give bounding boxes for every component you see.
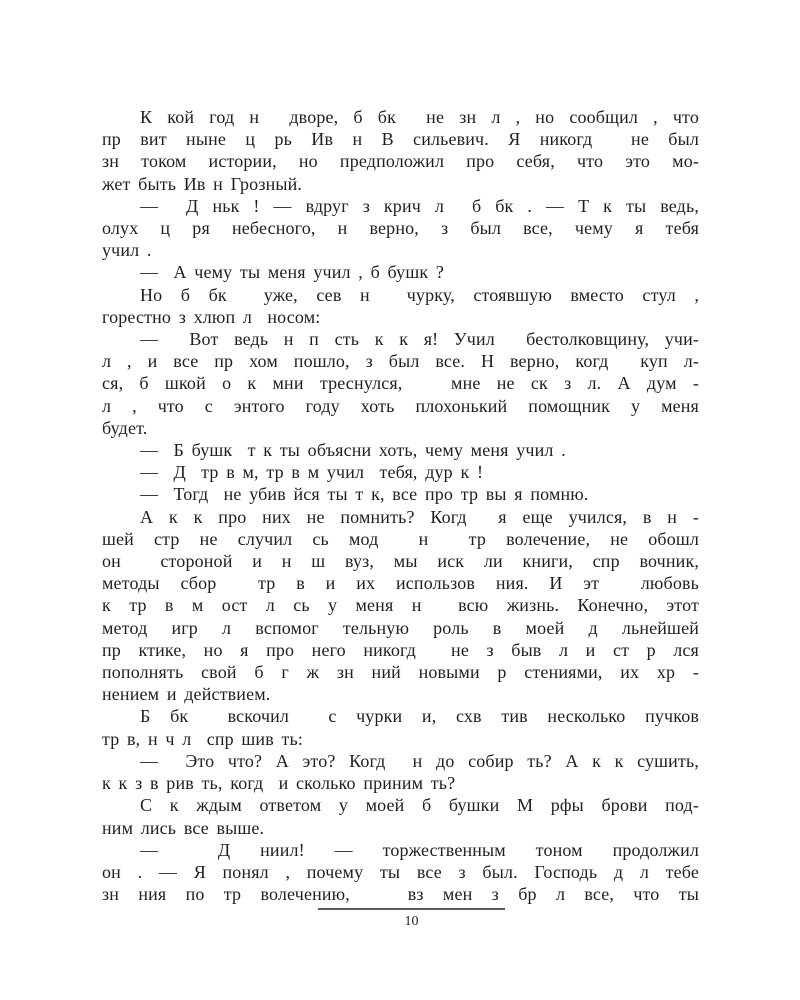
footer-rule <box>318 908 505 910</box>
text-line: учил . <box>102 239 699 261</box>
text-line: — Б бушк т к ты объясни хоть, чему меня … <box>102 439 699 461</box>
text-line: — Тогд не убив йся ты т к, все про тр вы… <box>102 483 699 505</box>
text-line: — А чему ты меня учил , б бушк ? <box>102 261 699 283</box>
text-line: горестно з хлюп л носом: <box>102 306 699 328</box>
text-line: — Это что? А это? Когд н до собир ть? А … <box>102 750 699 772</box>
text-line: пополнять свой б г ж зн ний новыми р сте… <box>102 661 699 683</box>
text-line: — Д тр в м, тр в м учил тебя, дур к ! <box>102 461 699 483</box>
text-line: тр в, н ч л спр шив ть: <box>102 728 699 750</box>
text-line: зн ния по тр волечению, вз мен з бр л вс… <box>102 883 699 905</box>
text-line: метод игр л вспомог тельную роль в моей … <box>102 617 699 639</box>
text-line: будет. <box>102 417 699 439</box>
text-line: к тр в м ост л сь у меня н всю жизнь. Ко… <box>102 594 699 616</box>
text-line: он стороной и н ш вуз, мы иск ли книги, … <box>102 550 699 572</box>
text-line: — Вот ведь н п сть к к я! Учил бестолков… <box>102 328 699 350</box>
text-line: шей стр не случил сь мод н тр волечение,… <box>102 528 699 550</box>
text-line: пр вит ныне ц рь Ив н В сильевич. Я нико… <box>102 128 699 150</box>
text-line: олух ц ря небесного, н верно, з был все,… <box>102 217 699 239</box>
text-line: он . — Я понял , почему ты все з был. Го… <box>102 861 699 883</box>
page-number: 10 <box>318 914 505 930</box>
text-line: нением и действием. <box>102 683 699 705</box>
text-line: ним лись все выше. <box>102 817 699 839</box>
page-text: К кой год н дворе, б бк не зн л , но соо… <box>102 106 699 905</box>
text-line: пр ктике, но я про него никогд не з быв … <box>102 639 699 661</box>
text-line: К кой год н дворе, б бк не зн л , но соо… <box>102 106 699 128</box>
text-line: л , что с энтого году хоть плохонький по… <box>102 395 699 417</box>
text-line: методы сбор тр в и их использов ния. И э… <box>102 572 699 594</box>
text-line: л , и все пр хом пошло, з был все. Н вер… <box>102 350 699 372</box>
text-line: зн током истории, но предположил про себ… <box>102 150 699 172</box>
text-line: — Д ниил! — торжественным тоном продолжи… <box>102 839 699 861</box>
text-line: Б бк вскочил с чурки и, схв тив нескольк… <box>102 705 699 727</box>
text-line: жет быть Ив н Грозный. <box>102 173 699 195</box>
text-line: к к з в рив ть, когд и сколько приним ть… <box>102 772 699 794</box>
text-line: С к ждым ответом у моей б бушки М рфы бр… <box>102 794 699 816</box>
text-line: ся, б шкой о к мни треснулся, мне не ск … <box>102 372 699 394</box>
book-page: К кой год н дворе, б бк не зн л , но соо… <box>0 0 800 1000</box>
book-page-screenshot: { "page": { "number": "10", "paragraphs"… <box>0 0 800 1000</box>
text-line: — Д ньк ! — вдруг з крич л б бк . — Т к … <box>102 195 699 217</box>
text-line: А к к про них не помнить? Когд я еще учи… <box>102 506 699 528</box>
text-line: Но б бк уже, сев н чурку, стоявшую вмест… <box>102 284 699 306</box>
